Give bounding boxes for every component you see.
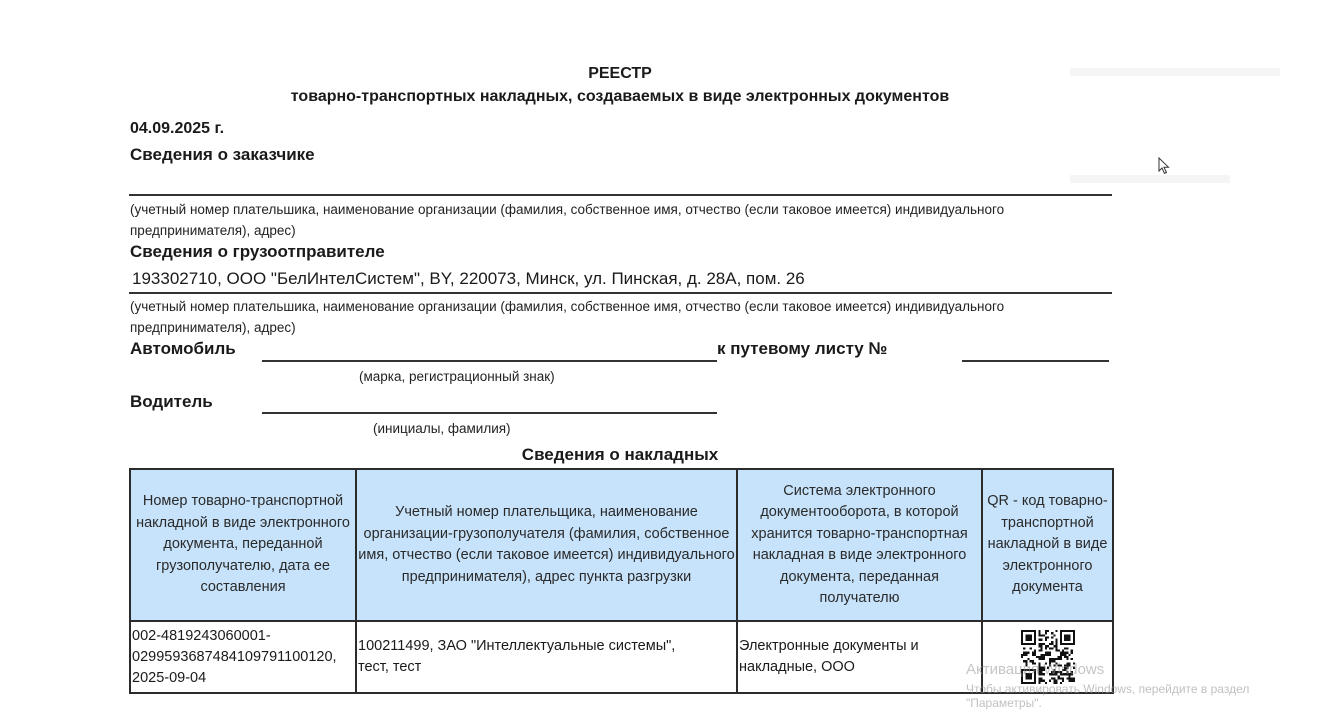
consignee-line1: 100211499, ЗАО "Интеллектуальные системы…: [358, 636, 735, 657]
column-header-edo-system: Система электронного документооборота, в…: [737, 469, 982, 621]
cell-consignee: 100211499, ЗАО "Интеллектуальные системы…: [356, 621, 737, 693]
invoices-heading: Сведения о накладных: [0, 445, 1240, 465]
windows-activation-watermark-text: Чтобы активировать Windows, перейдите в …: [966, 682, 1326, 710]
vehicle-underline: [262, 360, 717, 362]
consignee-line2: тест, тест: [358, 657, 735, 678]
column-header-qr-code: QR - код товарно-транспортной накладной …: [982, 469, 1113, 621]
edo-line1: Электронные документы и: [739, 636, 980, 657]
column-header-consignee: Учетный номер плательщика, наименование …: [356, 469, 737, 621]
document-subtitle: товарно-транспортных накладных, создавае…: [0, 88, 1240, 106]
document-date: 04.09.2025 г.: [130, 120, 224, 138]
driver-underline: [262, 412, 717, 414]
shipper-hint: (учетный номер плательшика, наименование…: [130, 296, 1090, 338]
invoice-number-line2: 0299593687484109791100120,: [132, 647, 354, 668]
vehicle-hint: (марка, регистрационный знак): [359, 369, 555, 384]
edo-line2: накладные, ООО: [739, 657, 980, 678]
ghost-artifact: [1070, 175, 1230, 183]
table-header-row: Номер товарно-транспортной накладной в в…: [130, 469, 1113, 621]
shipper-hint-line1: (учетный номер плательшика, наименование…: [130, 296, 1090, 317]
customer-hint-line2: предпринимателя), адрес): [130, 220, 1090, 241]
mouse-pointer-icon: [1158, 157, 1170, 175]
windows-activation-watermark-title: Активация Windows: [966, 661, 1104, 678]
column-header-invoice-number: Номер товарно-транспортной накладной в в…: [130, 469, 356, 621]
waybill-label: к путевому листу №: [717, 339, 887, 359]
shipper-underline: [129, 292, 1112, 294]
invoice-date: 2025-09-04: [132, 668, 354, 689]
document-title: РЕЕСТР: [0, 65, 1240, 83]
customer-heading: Сведения о заказчике: [130, 145, 315, 165]
invoice-number-line1: 002-4819243060001-: [132, 626, 354, 647]
waybill-underline: [962, 360, 1109, 362]
vehicle-label: Автомобиль: [130, 339, 236, 359]
shipper-value: 193302710, ООО "БелИнтелСистем", BY, 220…: [132, 269, 805, 289]
driver-hint: (инициалы, фамилия): [373, 421, 511, 436]
shipper-heading: Сведения о грузоотправителе: [130, 242, 385, 262]
driver-label: Водитель: [130, 392, 213, 412]
cell-invoice-number: 002-4819243060001- 029959368748410979110…: [130, 621, 356, 693]
customer-underline: [129, 194, 1112, 196]
cell-edo-system: Электронные документы и накладные, ООО: [737, 621, 982, 693]
customer-hint-line1: (учетный номер плательшика, наименование…: [130, 199, 1090, 220]
customer-hint: (учетный номер плательшика, наименование…: [130, 199, 1090, 241]
shipper-hint-line2: предпринимателя), адрес): [130, 317, 1090, 338]
